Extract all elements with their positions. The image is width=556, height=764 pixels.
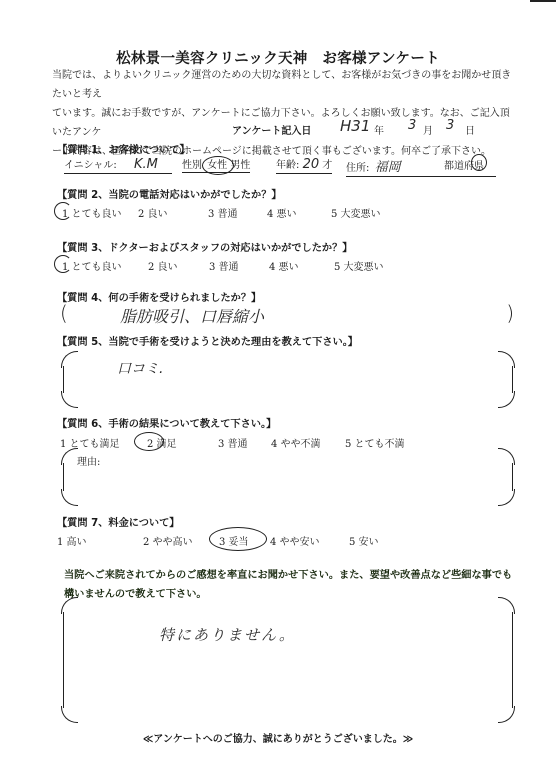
initial-label: イニシャル: (64, 160, 117, 171)
bracket-right: ) (506, 301, 514, 325)
date-month-field[interactable]: 3 (408, 118, 416, 133)
q3-option-4[interactable]: 4 悪い (269, 258, 299, 273)
box-corner (61, 391, 78, 408)
scan-edge-mark (530, 0, 556, 2)
q3-option-1[interactable]: 1 とても良い (62, 258, 122, 273)
gender-option-female[interactable]: 女性 (207, 160, 230, 171)
q3-option-3[interactable]: 3 普通 (209, 258, 239, 273)
box-corner (498, 391, 515, 408)
q1-heading: 【質問 1、お客様について】 (57, 141, 190, 156)
selection-circle (471, 154, 487, 171)
q4-heading: 【質問 4、何の手術を受けられましたか？】 (57, 289, 261, 304)
age-field[interactable]: 年齢: 20 才 (276, 156, 332, 174)
q3-option-5[interactable]: 5 大変悪い (334, 258, 384, 273)
q2-option-1[interactable]: 1 とても良い (62, 205, 122, 220)
footer-thanks: ≪アンケートへのご協力、誠にありがとうございました。≫ (0, 730, 556, 745)
box-side (63, 366, 64, 393)
q2-option-2[interactable]: 2 良い (138, 205, 168, 220)
date-day-field[interactable]: 3 (446, 118, 454, 133)
box-corner (61, 706, 78, 723)
q3-option-2[interactable]: 2 良い (148, 258, 178, 273)
address-label: 住所: (346, 163, 369, 174)
q7-option-3[interactable]: 3 妥当 (219, 533, 249, 548)
age-label: 年齢: (276, 160, 299, 171)
gender-label: 性別 (182, 160, 202, 171)
box-side (512, 463, 513, 491)
q2-option-3[interactable]: 3 普通 (208, 205, 238, 220)
q2-heading: 【質問 2、当院の電話対応はいかがでしたか？】 (57, 186, 282, 201)
q3-heading: 【質問 3、ドクターおよびスタッフの対応はいかがでしたか？】 (57, 239, 352, 254)
box-side (512, 612, 513, 708)
q5-heading: 【質問 5、当院で手術を受けようと決めた理由を教えて下さい。】 (57, 333, 358, 348)
q5-answer: 口コミ. (117, 358, 163, 378)
age-value: 20 (303, 157, 320, 172)
intro-line: 当院では、よりよいクリニック運営のための大切な資料として、お客様がお気づきの事を… (52, 66, 512, 104)
q7-option-1[interactable]: 1 高い (57, 533, 87, 548)
box-side (512, 366, 513, 393)
selection-circle (54, 202, 72, 220)
page-title: 松林景一美容クリニック天神 お客様アンケート (0, 47, 556, 68)
selection-circle (54, 255, 72, 273)
q6-reason-box[interactable]: 理由: (63, 449, 513, 505)
initial-value: K.M (134, 157, 158, 172)
q6-option-4[interactable]: 4 やや不満 (271, 435, 321, 450)
q6-reason-label: 理由: (77, 453, 100, 468)
date-day-unit: 日 (465, 122, 475, 137)
q6-heading: 【質問 6、手術の結果について教えて下さい。】 (57, 415, 276, 430)
box-corner (498, 489, 515, 506)
q7-option-4[interactable]: 4 やや安い (270, 533, 320, 548)
box-side (63, 463, 64, 491)
box-corner (498, 706, 515, 723)
q6-option-5[interactable]: 5 とても不満 (345, 435, 405, 450)
comments-answer-box[interactable]: 特にありません。 (63, 598, 513, 722)
q7-option-2[interactable]: 2 やや高い (143, 533, 193, 548)
date-era-year-field[interactable]: H31 (340, 117, 370, 135)
box-side (63, 612, 64, 708)
q2-option-4[interactable]: 4 悪い (267, 205, 297, 220)
q7-heading: 【質問 7、料金について】 (57, 514, 180, 529)
q2-option-5[interactable]: 5 大変悪い (331, 205, 381, 220)
address-value: 福岡 (375, 160, 401, 175)
q5-answer-box[interactable]: 口コミ. (63, 352, 513, 407)
comments-answer: 特にありません。 (159, 624, 296, 645)
q6-option-2[interactable]: 2 満足 (147, 435, 177, 450)
selection-circle (209, 527, 267, 551)
q6-option-1[interactable]: 1 とても満足 (60, 435, 120, 450)
date-label: アンケート記入日 (232, 122, 311, 137)
prefecture-label: 都道府県 (444, 157, 484, 172)
age-unit: 才 (322, 160, 332, 171)
bracket-left: ( (60, 301, 68, 325)
q6-option-3[interactable]: 3 普通 (218, 435, 248, 450)
q4-answer: 脂肪吸引、口唇縮小 (120, 304, 264, 327)
gender-field[interactable]: 性別 女性 男性 (182, 156, 250, 173)
selection-circle (202, 156, 234, 175)
comments-prompt-line: 当院へご来院されてからのご感想を率直にお聞かせ下さい。また、要望や改善点など些細… (64, 566, 512, 585)
date-month-unit: 月 (423, 122, 433, 137)
box-corner (61, 489, 78, 506)
initial-field[interactable]: イニシャル: K.M (64, 156, 172, 174)
date-year-unit: 年 (374, 122, 384, 137)
q4-answer-field[interactable]: ( 脂肪吸引、口唇縮小 ) (60, 303, 514, 325)
q7-option-5[interactable]: 5 安い (349, 533, 379, 548)
